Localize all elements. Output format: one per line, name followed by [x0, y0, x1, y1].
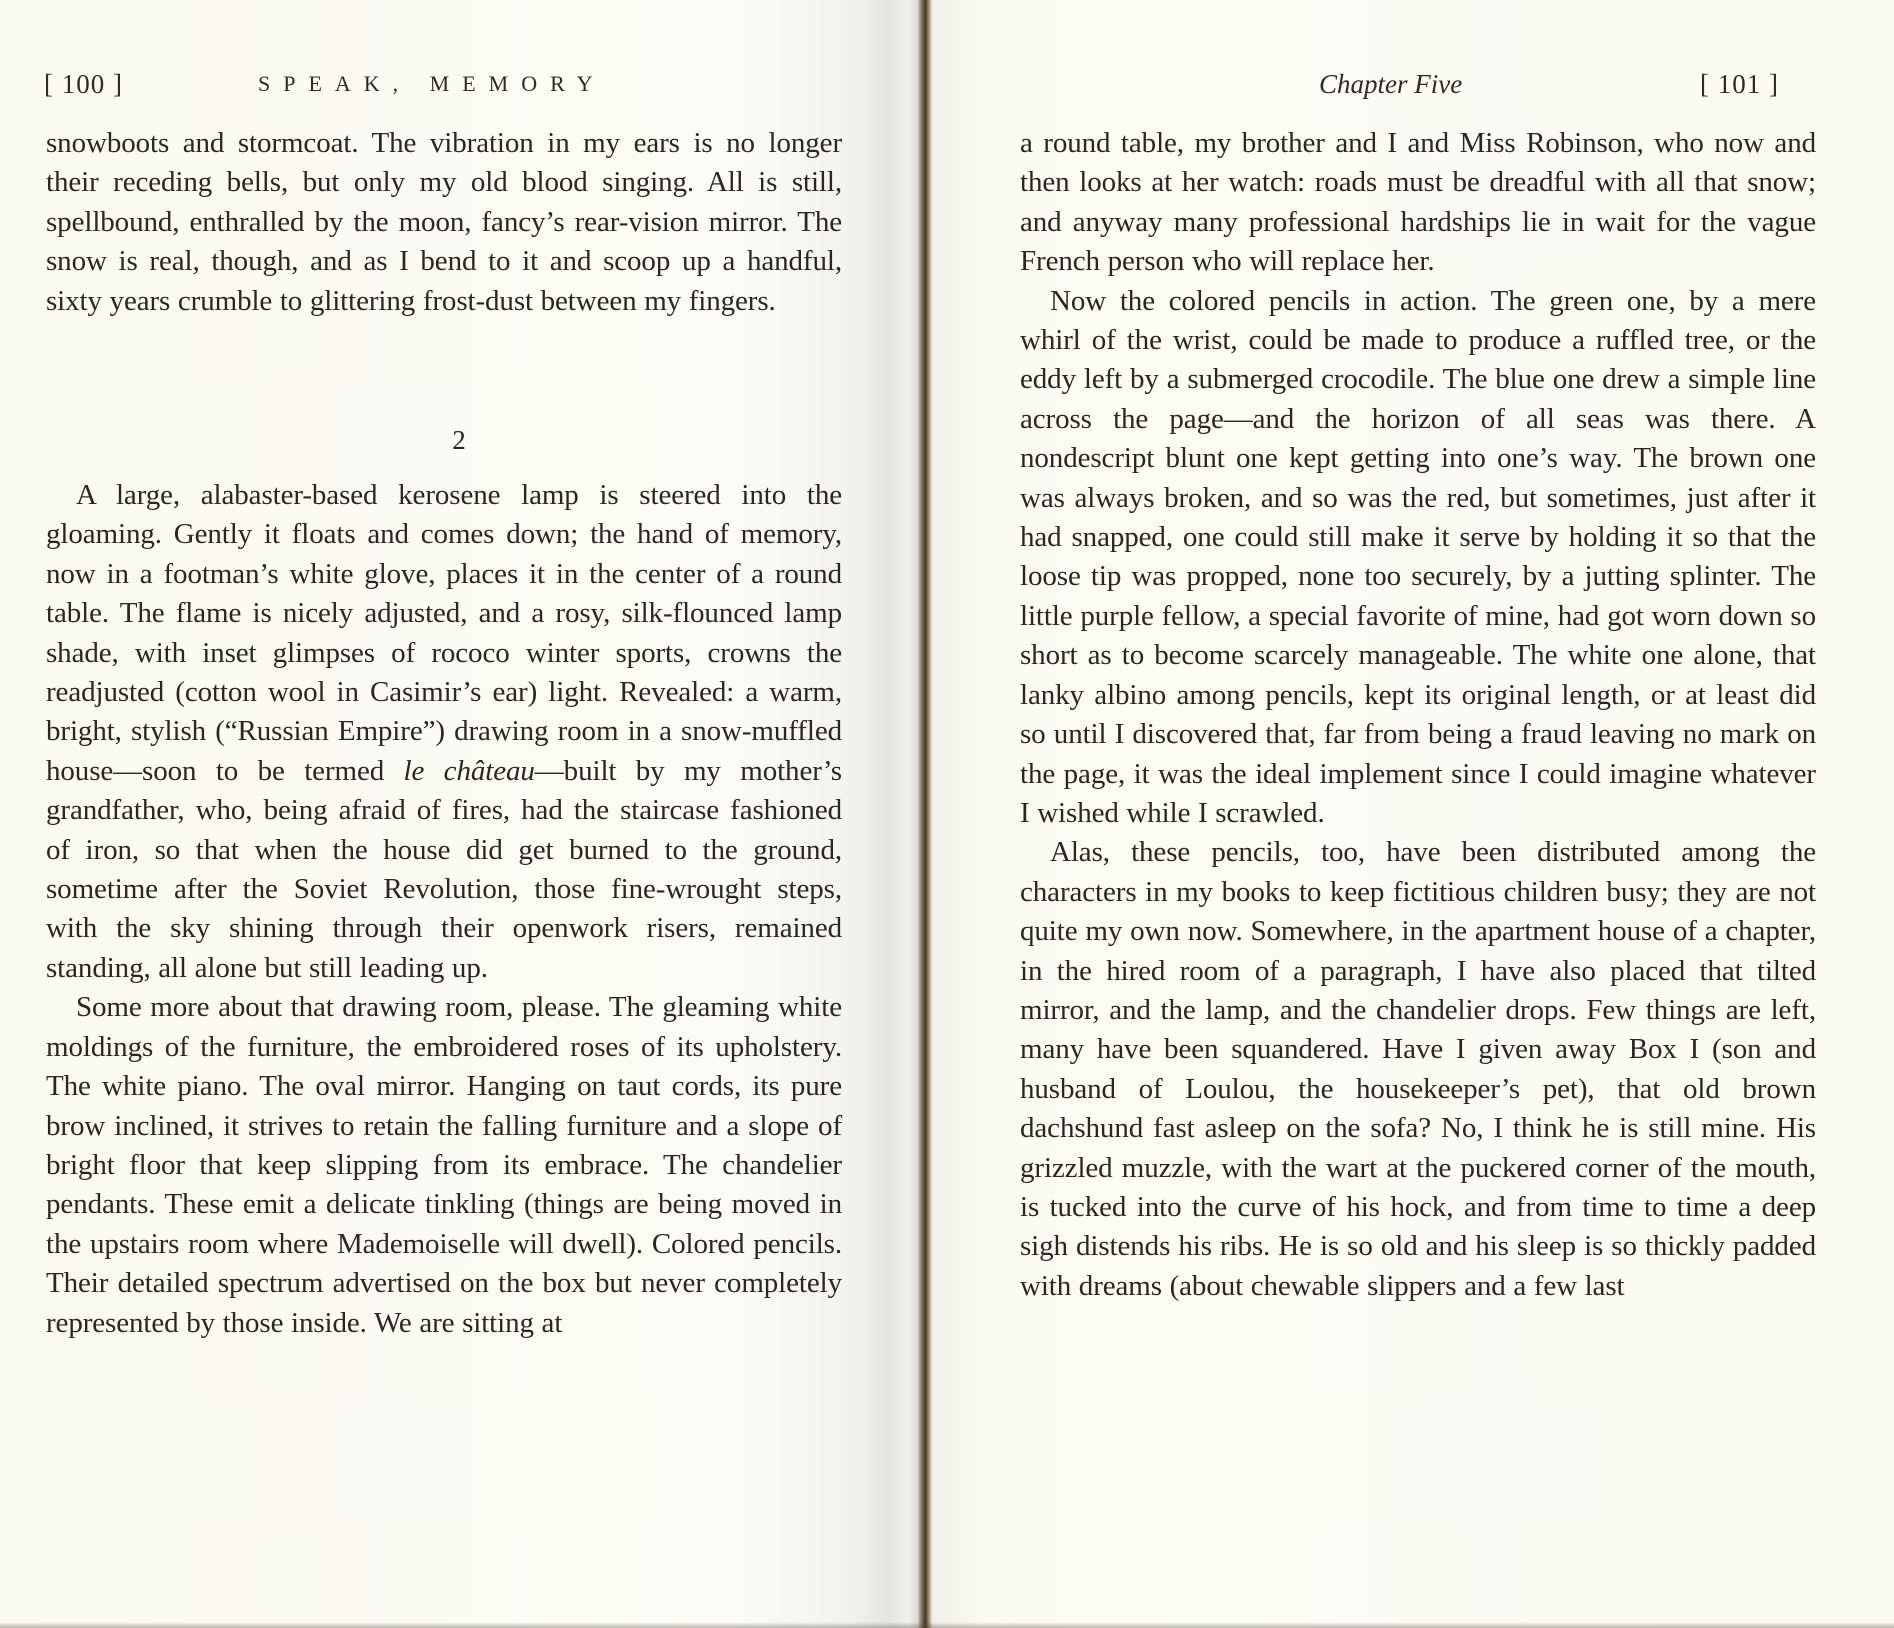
right-page-text: a round table, my brother and I and Miss… — [1020, 124, 1816, 1306]
paragraph: snowboots and stormcoat. The vibration i… — [46, 124, 842, 321]
right-page: Chapter Five [ 101 ] a round table, my b… — [932, 0, 1894, 1628]
section-number: 2 — [0, 420, 918, 460]
running-title: SPEAK, MEMORY — [258, 64, 605, 104]
left-page: [ 100 ] SPEAK, MEMORY snowboots and stor… — [0, 0, 918, 1628]
paragraph-alas: Alas, these pencils, too, have been dist… — [1020, 833, 1816, 1306]
book-spread: [ 100 ] SPEAK, MEMORY snowboots and stor… — [0, 0, 1894, 1628]
book-spine-gutter — [918, 0, 932, 1628]
paragraph-pencils: Now the colored pencils in action. The g… — [1020, 282, 1816, 834]
text-run: —built by my mother’s grandfather, who, … — [46, 755, 842, 984]
paragraph-drawing-room: Some more about that drawing room, pleas… — [46, 988, 842, 1343]
page-edge-shadow — [0, 1622, 1894, 1628]
text-run: A large, alabaster-based kerosene lamp i… — [46, 479, 842, 787]
paragraph-lamp: A large, alabaster-based kerosene lamp i… — [46, 476, 842, 988]
page-number-right: [ 101 ] — [1700, 64, 1779, 104]
paragraph: a round table, my brother and I and Miss… — [1020, 124, 1816, 282]
page-number-left: [ 100 ] — [44, 64, 123, 104]
section-2-text: A large, alabaster-based kerosene lamp i… — [46, 476, 842, 1343]
continuation-text: snowboots and stormcoat. The vibration i… — [46, 124, 842, 321]
italic-phrase: le château — [404, 755, 535, 787]
chapter-title: Chapter Five — [1319, 64, 1462, 104]
